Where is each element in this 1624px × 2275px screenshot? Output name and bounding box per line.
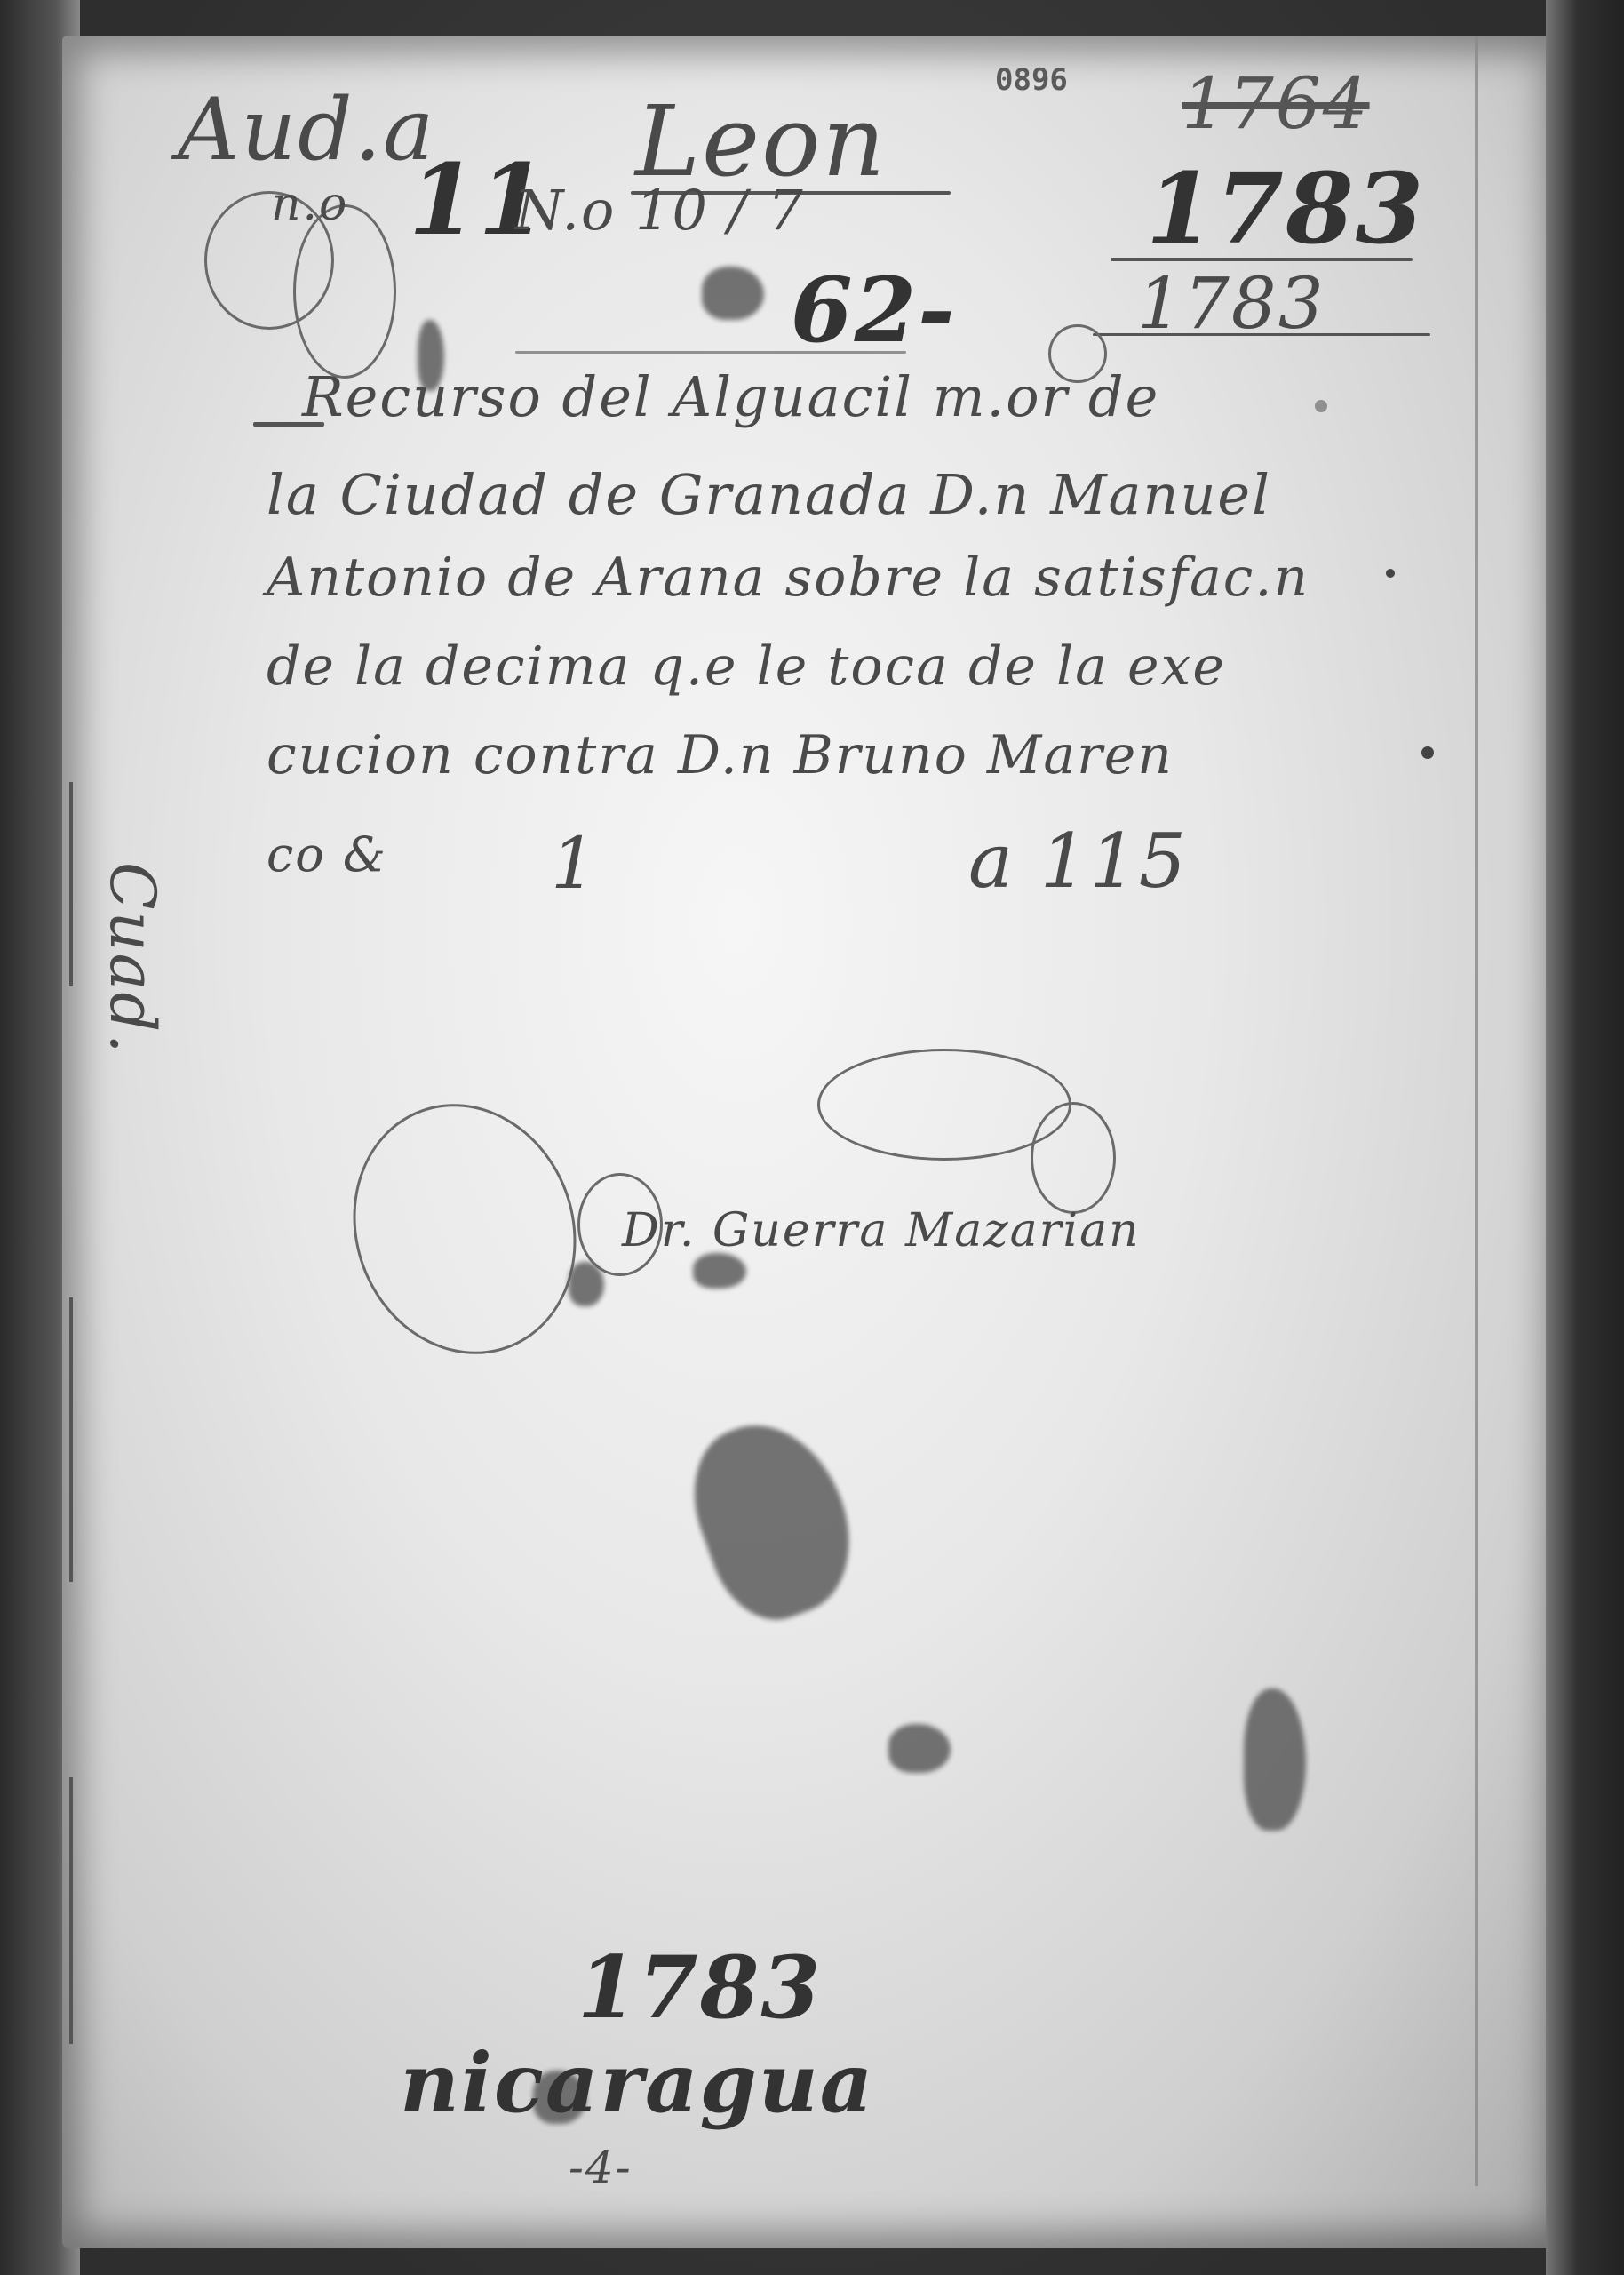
signature-flourish [1031, 1102, 1116, 1214]
year-divider [1111, 258, 1413, 261]
year-crossed-out: 1764 [1182, 62, 1370, 145]
body-line-1: Recurso del Alguacil m.or de [302, 364, 1159, 429]
ink-blot [569, 1262, 604, 1306]
margin-note: Cuad. [96, 862, 169, 1055]
year-underline [1093, 333, 1430, 336]
body-line-3: Antonio de Arana sobre la satisfac.n [267, 547, 1310, 609]
stain [888, 1724, 951, 1773]
signature: Dr. Guerra Mazarian [622, 1204, 1141, 1257]
body-line-4: de la decima q.e le toca de la exe [267, 635, 1226, 698]
header-audiencia: Aud.a [178, 80, 435, 180]
body-line-2: la Ciudad de Granada D.n Manuel [267, 462, 1271, 527]
margin-rule [69, 1777, 73, 2044]
ink-dot [1315, 400, 1327, 412]
ink-dot [1386, 569, 1395, 578]
legajo-label: n.o [271, 178, 348, 231]
footer-page-number: -4- [569, 2142, 633, 2193]
folio-fraction: N.o 10 / 7 [515, 178, 805, 243]
ink-blot [702, 267, 764, 320]
footer-year: 1783 [577, 1937, 822, 2038]
body-line-6: co & [267, 826, 387, 882]
margin-rule [69, 782, 73, 986]
margin-rule [69, 1297, 73, 1582]
archive-stamp: 0896 [995, 62, 1068, 98]
ink-dot [1421, 746, 1434, 759]
body-line-5: cucion contra D.n Bruno Maren [267, 724, 1174, 786]
scan-right-edge [1546, 0, 1624, 2275]
page-fold-line [1475, 36, 1478, 2186]
item-number: 62- [791, 258, 957, 363]
folio-from: 1 [551, 822, 598, 905]
footer-country: nicaragua [400, 2035, 874, 2131]
folio-to: a 115 [968, 818, 1188, 905]
ink-blot [693, 1253, 746, 1289]
year-primary: 1783 [1146, 151, 1425, 266]
